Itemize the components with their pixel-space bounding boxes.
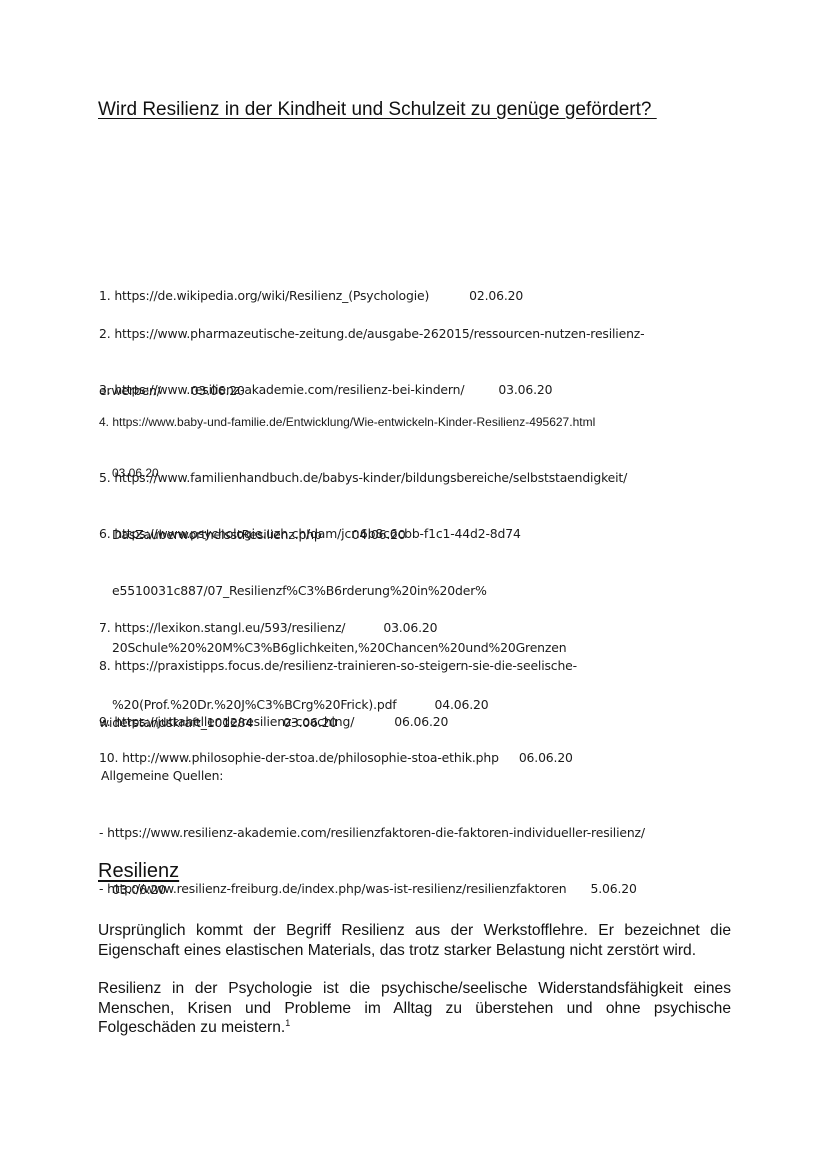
reference-url[interactable]: http://www.philosophie-der-stoa.de/philo…: [122, 750, 499, 765]
reference-url[interactable]: https://www.familienhandbuch.de/babys-ki…: [114, 470, 627, 485]
access-date: 5.06.20: [591, 881, 637, 896]
section-heading: Resilienz: [98, 860, 179, 883]
source-url[interactable]: https://www.resilienz-akademie.com/resil…: [107, 825, 645, 840]
general-sources-heading: Allgemeine Quellen:: [101, 766, 223, 785]
source-url[interactable]: http://www.resilienz-freiburg.de/index.p…: [107, 881, 566, 896]
reference-number: 2.: [99, 326, 111, 341]
document-page: Wird Resilienz in der Kindheit und Schul…: [0, 0, 828, 1171]
reference-number: 5.: [99, 470, 111, 485]
list-bullet: -: [99, 825, 103, 840]
document-title: Wird Resilienz in der Kindheit und Schul…: [98, 99, 657, 121]
reference-url[interactable]: https://praxistipps.focus.de/resilienz-t…: [114, 658, 577, 673]
reference-url[interactable]: https://www.psychologie.uzh.ch/dam/jcr:6…: [114, 526, 520, 541]
reference-url[interactable]: https://www.baby-und-familie.de/Entwickl…: [112, 415, 595, 429]
reference-number: 8.: [99, 658, 111, 673]
list-bullet: -: [99, 881, 103, 896]
reference-number: 4.: [99, 415, 109, 429]
paragraph-psychology: Resilienz in der Psychologie ist die psy…: [98, 979, 731, 1038]
reference-number: 6.: [99, 526, 111, 541]
paragraph-text: Ursprünglich kommt der Begriff Resilienz…: [98, 922, 731, 959]
access-date: 06.06.20: [519, 750, 573, 765]
reference-url[interactable]: https://www.pharmazeutische-zeitung.de/a…: [114, 326, 644, 341]
reference-number: 10.: [99, 750, 118, 765]
paragraph-origin: Ursprünglich kommt der Begriff Resilienz…: [98, 921, 731, 960]
footnote-marker[interactable]: 1: [285, 1018, 290, 1028]
paragraph-text: Resilienz in der Psychologie ist die psy…: [98, 980, 731, 1036]
